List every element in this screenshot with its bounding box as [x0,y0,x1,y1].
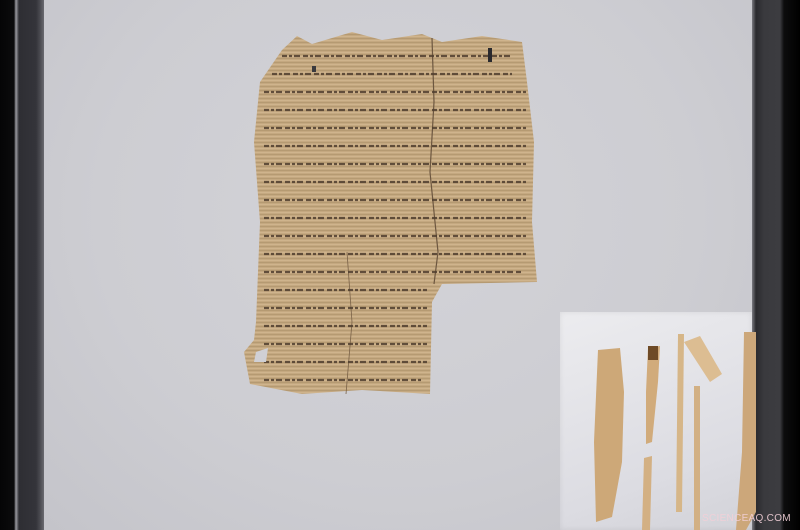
loose-papyrus-fibers [560,312,760,530]
papyrus-fragment [242,22,542,394]
watermark-text: SCIENCEAQ.COM [702,513,791,524]
mount-frame-left [0,0,44,530]
